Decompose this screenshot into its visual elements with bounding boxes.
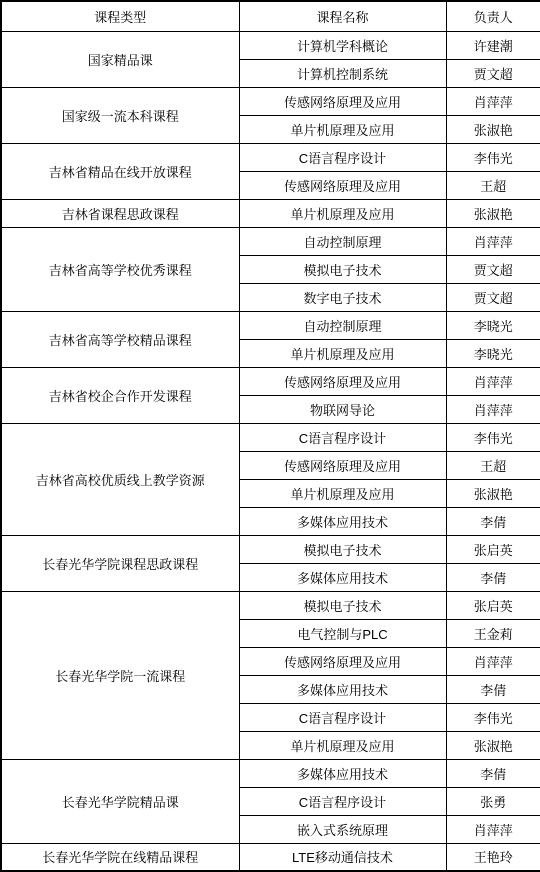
course-name-cell: 传感网络原理及应用 bbox=[239, 367, 446, 395]
course-name-cell: 单片机原理及应用 bbox=[239, 731, 446, 759]
leader-cell: 李倩 bbox=[446, 563, 540, 591]
course-name-cell: 嵌入式系统原理 bbox=[239, 815, 446, 843]
course-name-cell: 计算机控制系统 bbox=[239, 59, 446, 87]
course-type-cell: 吉林省课程思政课程 bbox=[1, 199, 239, 227]
course-name-cell: C语言程序设计 bbox=[239, 787, 446, 815]
course-name-cell: 传感网络原理及应用 bbox=[239, 87, 446, 115]
leader-cell: 李倩 bbox=[446, 675, 540, 703]
course-name-cell: 自动控制原理 bbox=[239, 227, 446, 255]
leader-cell: 贾文超 bbox=[446, 255, 540, 283]
course-name-cell: 多媒体应用技术 bbox=[239, 563, 446, 591]
course-name-cell: 传感网络原理及应用 bbox=[239, 647, 446, 675]
course-name-cell: C语言程序设计 bbox=[239, 423, 446, 451]
table-body: 国家精品课计算机学科概论许建潮计算机控制系统贾文超国家级一流本科课程传感网络原理… bbox=[1, 31, 540, 871]
course-type-cell: 吉林省校企合作开发课程 bbox=[1, 367, 239, 423]
leader-cell: 贾文超 bbox=[446, 283, 540, 311]
course-type-cell: 国家精品课 bbox=[1, 31, 239, 87]
header-course-type: 课程类型 bbox=[1, 1, 239, 31]
leader-cell: 李伟光 bbox=[446, 703, 540, 731]
leader-cell: 李伟光 bbox=[446, 143, 540, 171]
course-type-cell: 长春光华学院精品课 bbox=[1, 759, 239, 843]
leader-cell: 张淑艳 bbox=[446, 731, 540, 759]
course-type-cell: 吉林省高等学校精品课程 bbox=[1, 311, 239, 367]
leader-cell: 张淑艳 bbox=[446, 479, 540, 507]
leader-cell: 张启英 bbox=[446, 535, 540, 563]
table-row: 长春光华学院在线精品课程LTE移动通信技术王艳玲 bbox=[1, 843, 540, 871]
leader-cell: 肖萍萍 bbox=[446, 647, 540, 675]
table-row: 长春光华学院一流课程模拟电子技术张启英 bbox=[1, 591, 540, 619]
leader-cell: 李倩 bbox=[446, 759, 540, 787]
course-name-cell: 单片机原理及应用 bbox=[239, 339, 446, 367]
course-type-cell: 长春光华学院一流课程 bbox=[1, 591, 239, 759]
table-row: 长春光华学院精品课多媒体应用技术李倩 bbox=[1, 759, 540, 787]
header-leader: 负责人 bbox=[446, 1, 540, 31]
leader-cell: 王金莉 bbox=[446, 619, 540, 647]
course-name-cell: 单片机原理及应用 bbox=[239, 479, 446, 507]
leader-cell: 肖萍萍 bbox=[446, 395, 540, 423]
course-name-cell: 传感网络原理及应用 bbox=[239, 451, 446, 479]
leader-cell: 肖萍萍 bbox=[446, 367, 540, 395]
course-name-cell: LTE移动通信技术 bbox=[239, 843, 446, 871]
leader-cell: 肖萍萍 bbox=[446, 227, 540, 255]
leader-cell: 李晓光 bbox=[446, 339, 540, 367]
course-table: 课程类型 课程名称 负责人 国家精品课计算机学科概论许建潮计算机控制系统贾文超国… bbox=[0, 0, 540, 872]
course-type-cell: 国家级一流本科课程 bbox=[1, 87, 239, 143]
header-course-name: 课程名称 bbox=[239, 1, 446, 31]
leader-cell: 李伟光 bbox=[446, 423, 540, 451]
course-name-cell: 电气控制与PLC bbox=[239, 619, 446, 647]
course-name-cell: 自动控制原理 bbox=[239, 311, 446, 339]
header-row: 课程类型 课程名称 负责人 bbox=[1, 1, 540, 31]
course-name-cell: 单片机原理及应用 bbox=[239, 199, 446, 227]
course-type-cell: 长春光华学院课程思政课程 bbox=[1, 535, 239, 591]
course-name-cell: 数字电子技术 bbox=[239, 283, 446, 311]
course-name-cell: 多媒体应用技术 bbox=[239, 759, 446, 787]
leader-cell: 肖萍萍 bbox=[446, 87, 540, 115]
course-type-cell: 吉林省高等学校优秀课程 bbox=[1, 227, 239, 311]
course-type-cell: 吉林省精品在线开放课程 bbox=[1, 143, 239, 199]
table-row: 吉林省课程思政课程单片机原理及应用张淑艳 bbox=[1, 199, 540, 227]
leader-cell: 王超 bbox=[446, 451, 540, 479]
table-row: 吉林省高等学校优秀课程自动控制原理肖萍萍 bbox=[1, 227, 540, 255]
leader-cell: 张淑艳 bbox=[446, 115, 540, 143]
table-row: 吉林省高等学校精品课程自动控制原理李晓光 bbox=[1, 311, 540, 339]
course-type-cell: 长春光华学院在线精品课程 bbox=[1, 843, 239, 871]
leader-cell: 肖萍萍 bbox=[446, 815, 540, 843]
course-name-cell: 物联网导论 bbox=[239, 395, 446, 423]
course-name-cell: 计算机学科概论 bbox=[239, 31, 446, 59]
table-row: 长春光华学院课程思政课程模拟电子技术张启英 bbox=[1, 535, 540, 563]
course-name-cell: C语言程序设计 bbox=[239, 143, 446, 171]
course-name-cell: 多媒体应用技术 bbox=[239, 675, 446, 703]
course-name-cell: 模拟电子技术 bbox=[239, 535, 446, 563]
table-row: 国家级一流本科课程传感网络原理及应用肖萍萍 bbox=[1, 87, 540, 115]
course-name-cell: 模拟电子技术 bbox=[239, 255, 446, 283]
leader-cell: 王艳玲 bbox=[446, 843, 540, 871]
table-row: 国家精品课计算机学科概论许建潮 bbox=[1, 31, 540, 59]
leader-cell: 张勇 bbox=[446, 787, 540, 815]
leader-cell: 李倩 bbox=[446, 507, 540, 535]
leader-cell: 张淑艳 bbox=[446, 199, 540, 227]
leader-cell: 李晓光 bbox=[446, 311, 540, 339]
leader-cell: 张启英 bbox=[446, 591, 540, 619]
course-name-cell: C语言程序设计 bbox=[239, 703, 446, 731]
course-name-cell: 单片机原理及应用 bbox=[239, 115, 446, 143]
table-row: 吉林省精品在线开放课程C语言程序设计李伟光 bbox=[1, 143, 540, 171]
table-row: 吉林省高校优质线上教学资源C语言程序设计李伟光 bbox=[1, 423, 540, 451]
course-type-cell: 吉林省高校优质线上教学资源 bbox=[1, 423, 239, 535]
table-row: 吉林省校企合作开发课程传感网络原理及应用肖萍萍 bbox=[1, 367, 540, 395]
course-name-cell: 传感网络原理及应用 bbox=[239, 171, 446, 199]
leader-cell: 贾文超 bbox=[446, 59, 540, 87]
course-name-cell: 多媒体应用技术 bbox=[239, 507, 446, 535]
table-header: 课程类型 课程名称 负责人 bbox=[1, 1, 540, 31]
course-name-cell: 模拟电子技术 bbox=[239, 591, 446, 619]
leader-cell: 许建潮 bbox=[446, 31, 540, 59]
leader-cell: 王超 bbox=[446, 171, 540, 199]
